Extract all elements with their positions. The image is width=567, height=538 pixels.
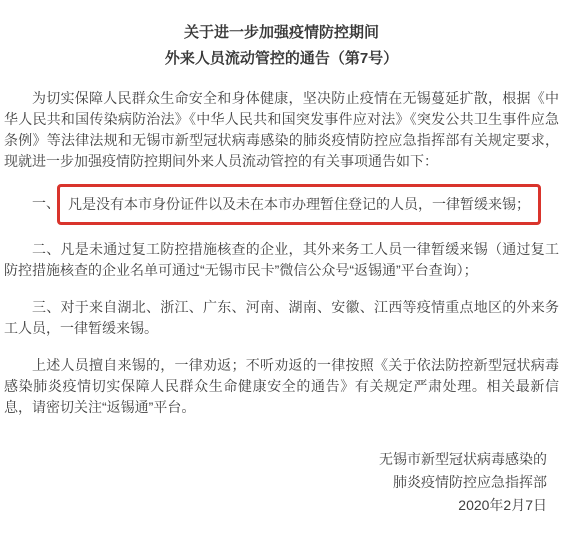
signature-line-2: 肺炎疫情防控应急指挥部 xyxy=(4,471,547,494)
item-1-paragraph: 一、凡是没有本市身份证件以及未在本市办理暂住登记的人员，一律暂缓来锡； xyxy=(4,184,559,225)
intro-paragraph: 为切实保障人民群众生命安全和身体健康，坚决防止疫情在无锡蔓延扩散，根据《中华人民… xyxy=(4,88,559,172)
item-2-paragraph: 二、凡是未通过复工防控措施核查的企业，其外来务工人员一律暂缓来锡（通过复工防控措… xyxy=(4,239,559,281)
closing-paragraph: 上述人员擅自来锡的，一律劝返；不听劝返的一律按照《关于依法防控新型冠状病毒感染肺… xyxy=(4,355,559,418)
notice-document: 关于进一步加强疫情防控期间 外来人员流动管控的通告（第7号） 为切实保障人民群众… xyxy=(0,0,567,538)
item-1-number: 一、 xyxy=(32,195,60,211)
notice-title: 关于进一步加强疫情防控期间 外来人员流动管控的通告（第7号） xyxy=(4,20,559,72)
signature-date: 2020年2月7日 xyxy=(4,494,547,517)
item-3-paragraph: 三、对于来自湖北、浙江、广东、河南、湖南、安徽、江西等疫情重点地区的外来务工人员… xyxy=(4,297,559,339)
signature-line-1: 无锡市新型冠状病毒感染的 xyxy=(4,448,547,471)
title-line-2: 外来人员流动管控的通告（第7号） xyxy=(4,46,559,72)
item-1-text: 凡是没有本市身份证件以及未在本市办理暂住登记的人员，一律暂缓来锡； xyxy=(68,196,530,212)
signature-block: 无锡市新型冠状病毒感染的 肺炎疫情防控应急指挥部 2020年2月7日 xyxy=(4,448,559,517)
title-line-1: 关于进一步加强疫情防控期间 xyxy=(4,20,559,46)
highlight-box: 凡是没有本市身份证件以及未在本市办理暂住登记的人员，一律暂缓来锡； xyxy=(57,184,541,225)
